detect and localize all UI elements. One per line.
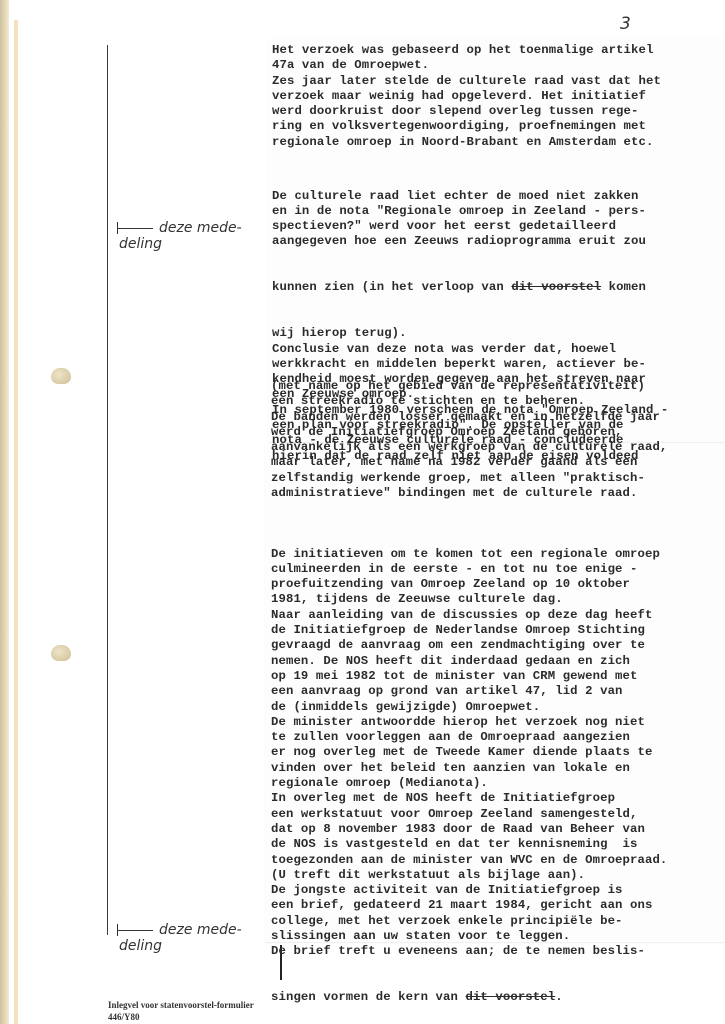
form-name: Inlegvel voor statenvoorstel-formulier [108, 1000, 254, 1010]
text-line: nemen. De NOS heeft dit inderdaad gedaan… [271, 654, 721, 669]
text-line: er nog overleg met de Tweede Kamer diend… [271, 745, 721, 760]
text-line: culmineerden in de eerste - en tot nu to… [271, 562, 721, 577]
bracket-tick-icon [117, 930, 153, 931]
bracket-tick-icon [117, 228, 153, 229]
text-line: een brief, gedateerd 21 maart 1984, geri… [271, 898, 721, 913]
text-line: 47a van de Omroepwet. [272, 58, 722, 73]
text-line: Naar aanleiding van de discussies op dez… [271, 608, 721, 623]
text-line: proefuitzending van Omroep Zeeland op 10… [271, 577, 721, 592]
form-code: 446/Y80 [108, 1012, 140, 1022]
text-line: slissingen aan uw staten voor te leggen. [271, 929, 721, 944]
struck-text: dit voorstel [511, 280, 601, 294]
text-line: en in de nota "Regionale omroep in Zeela… [272, 204, 722, 219]
text-line: spectieven?" werd voor het eerst gedetai… [272, 219, 722, 234]
text-line: De banden werden losser gemaakt en in he… [271, 410, 721, 425]
paragraph-3: (met name op het gebied van de represent… [271, 379, 721, 501]
text-line: de Initiatiefgroep de Nederlandse Omroep… [271, 623, 721, 638]
margin-rule [107, 45, 108, 935]
text-line: Conclusie van deze nota was verder dat, … [272, 342, 722, 357]
text-line: vinden over het beleid ten aanzien van l… [271, 761, 721, 776]
text-line: (met name op het gebied van de represent… [271, 379, 721, 394]
text-line: regionale omroep in Noord-Brabant en Ams… [272, 135, 722, 150]
text-line: wij hierop terug). [272, 326, 722, 341]
text-line: werd de Initiatiefgroep Omroep Zeeland g… [271, 425, 721, 440]
line-with-strikethrough: singen vormen de kern van dit voorstel. [271, 990, 721, 1005]
text-line: werkkracht en middelen beperkt waren, ac… [272, 357, 722, 372]
text-line: een aanvraag op grond van artikel 47, li… [271, 684, 721, 699]
text-line: de NOS is vastgesteld en dat ter kennisn… [271, 837, 721, 852]
text-line: een werkstatuut voor Omroep Zeeland same… [271, 807, 721, 822]
struck-text: dit voorstel [465, 990, 555, 1004]
line-with-strikethrough: kunnen zien (in het verloop van dit voor… [272, 280, 722, 295]
text-line: op 19 mei 1982 tot de minister van CRM g… [271, 669, 721, 684]
text-line: de (inmiddels gewijzigde) Omroepwet. [271, 700, 721, 715]
text-line: In overleg met de NOS heeft de Initiatie… [271, 791, 721, 806]
margin-note-2: deze mede- deling [117, 922, 242, 954]
text-line: aangegeven hoe een Zeeuws radioprogramma… [272, 234, 722, 249]
text-line: college, met het verzoek enkele principi… [271, 914, 721, 929]
text-line: aanvankelijk als een werkgroep van de cu… [271, 440, 721, 455]
punch-hole-bottom [51, 645, 71, 661]
text-line: dat op 8 november 1983 door de Raad van … [271, 822, 721, 837]
text-line: 1981, tijdens de Zeeuwse culturele dag. [271, 592, 721, 607]
text-line: gevraagd de aanvraag om een zendmachtigi… [271, 638, 721, 653]
text-line: (U treft dit werkstatuut als bijlage aan… [271, 868, 721, 883]
paragraph-4: De initiatieven om te komen tot een regi… [271, 516, 721, 1021]
text-line: zelfstandig werkende groep, met alleen "… [271, 471, 721, 486]
text-line: werd doorkruist door slepend overleg tus… [272, 104, 722, 119]
scan-edge [0, 0, 9, 1024]
text-line: De culturele raad liet echter de moed ni… [272, 189, 722, 204]
text-line: verzoek maar weinig had opgeleverd. Het … [272, 89, 722, 104]
page-number: 3 [620, 14, 631, 34]
text-line: De initiatieven om te komen tot een regi… [271, 547, 721, 562]
text-line: regionale omroep (Medianota). [271, 776, 721, 791]
text-line: De brief treft u eveneens aan; de te nem… [271, 944, 721, 959]
text-line: administratieve" bindingen met de cultur… [271, 486, 721, 501]
punch-hole-top [51, 368, 71, 384]
text-line: Zes jaar later stelde de culturele raad … [272, 74, 722, 89]
paragraph-1: Het verzoek was gebaseerd op het toenmal… [272, 43, 722, 150]
text-line: toegezonden aan de minister van WVC en d… [271, 853, 721, 868]
text-line: De minister antwoordde hierop het verzoe… [271, 715, 721, 730]
text-line: ring en volksvertegenwoordiging, proefne… [272, 119, 722, 134]
text-line: maar later, met name na 1982 verder gaan… [271, 455, 721, 470]
text-line: De jongste activiteit van de Initiatiefg… [271, 883, 721, 898]
scan-edge-shadow [14, 20, 18, 1024]
text-line: een streekradio te stichten en te behere… [271, 394, 721, 409]
text-line: te zullen voorleggen aan de Omroepraad a… [271, 730, 721, 745]
margin-note-1: deze mede- deling [117, 220, 242, 252]
text-line: Het verzoek was gebaseerd op het toenmal… [272, 43, 722, 58]
